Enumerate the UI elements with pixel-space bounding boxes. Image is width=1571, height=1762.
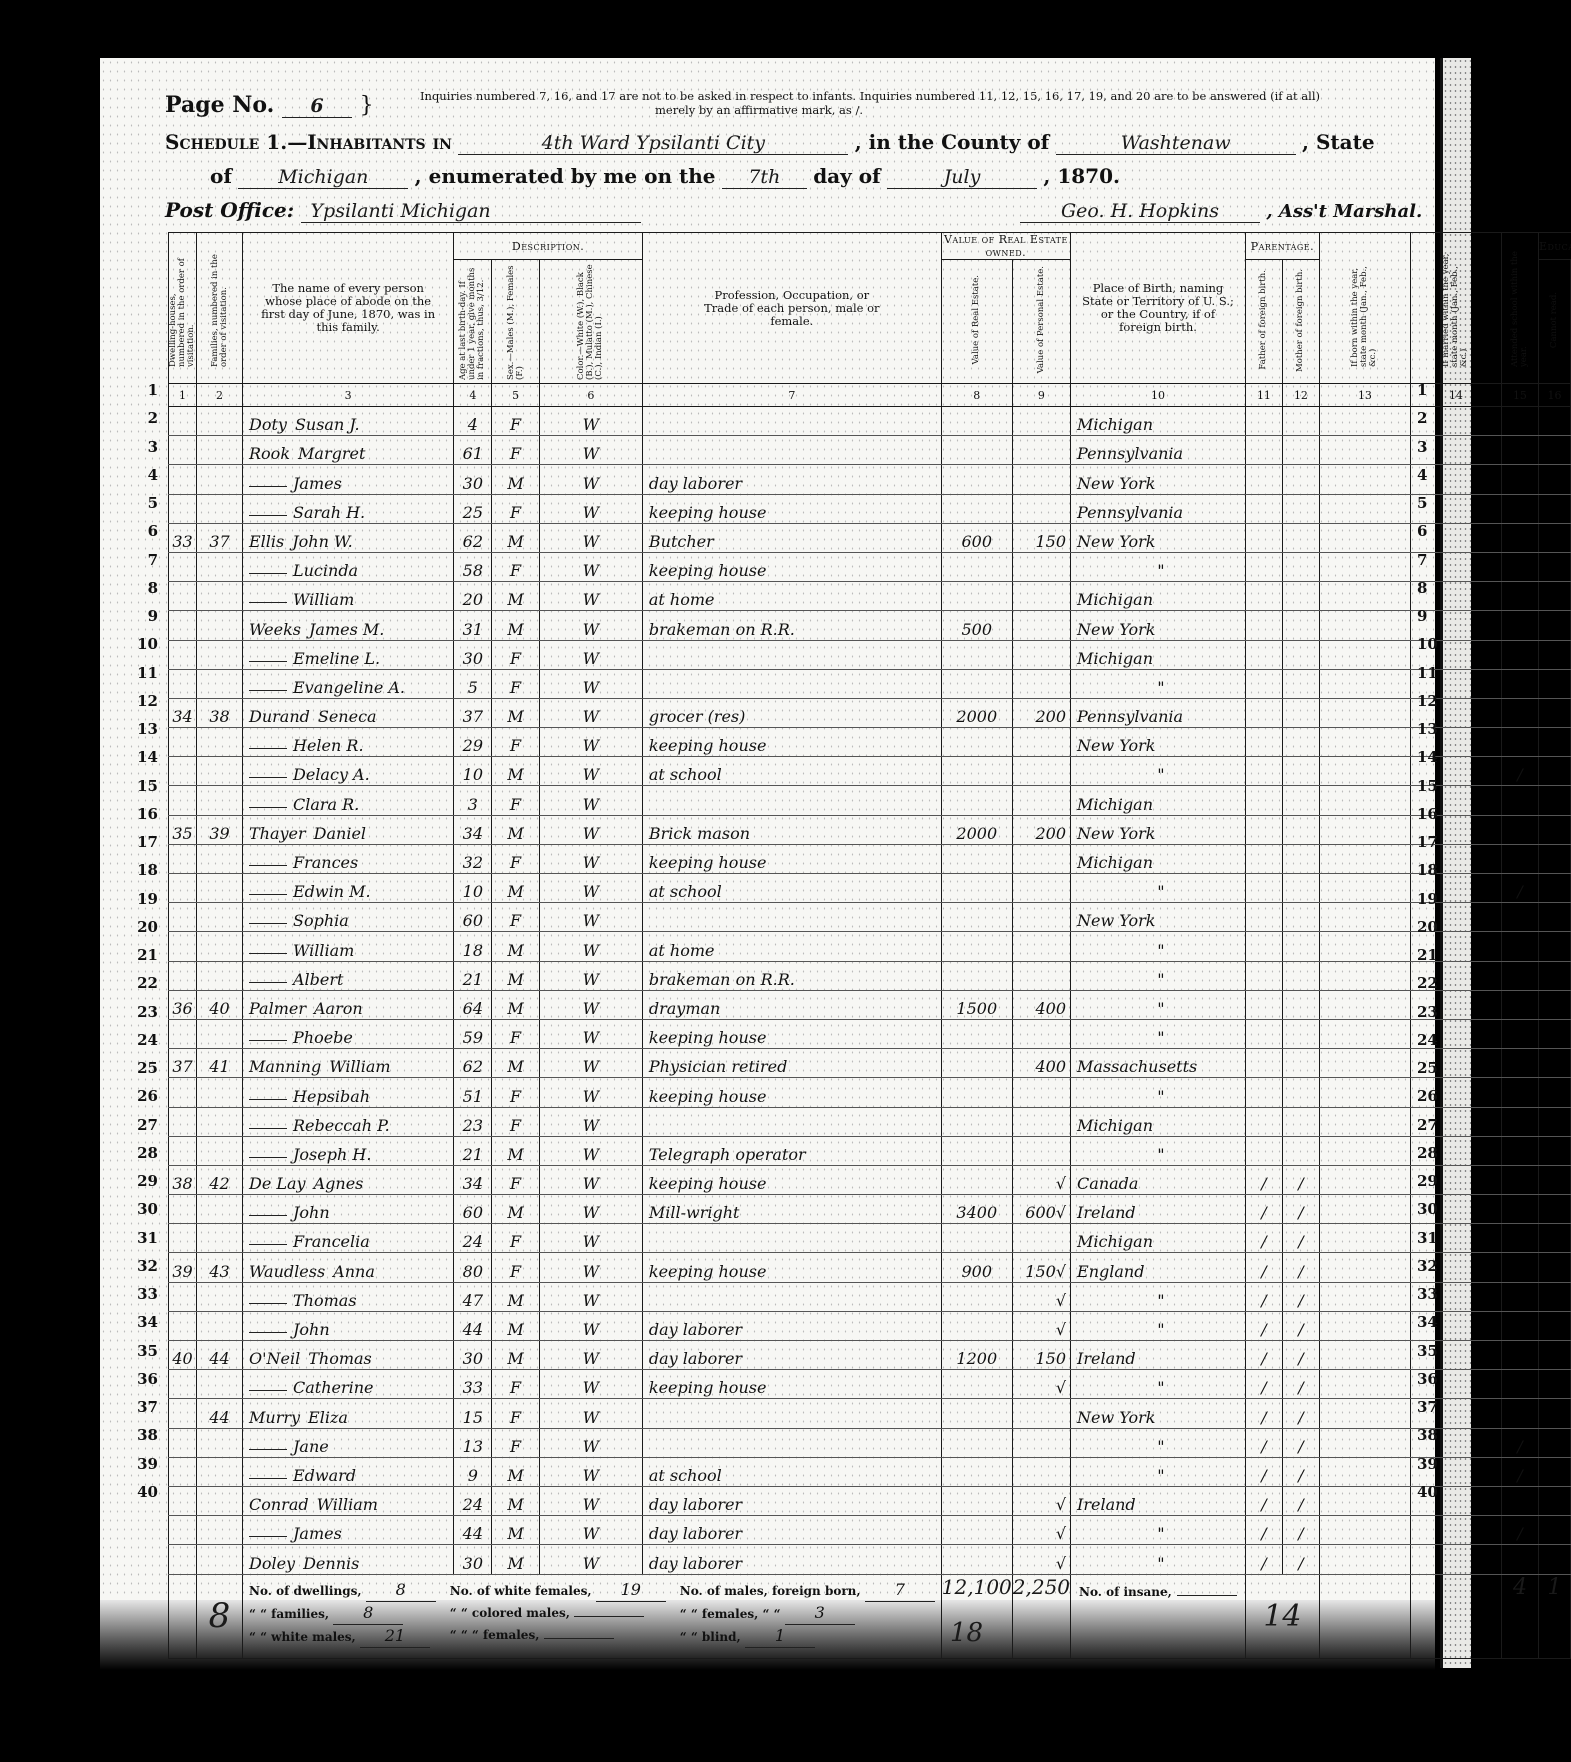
family-number	[197, 1195, 243, 1224]
cannot-read	[1538, 1107, 1570, 1136]
person-name: John	[243, 1195, 454, 1224]
given-name: Eliza	[308, 1408, 348, 1427]
age: 10	[454, 874, 492, 903]
family-number	[197, 1545, 243, 1574]
real-estate-value	[941, 757, 1012, 786]
ditto-dash	[249, 1157, 287, 1158]
birthplace: New York	[1071, 1399, 1246, 1428]
colored-females-count	[544, 1638, 614, 1639]
born-month	[1319, 1195, 1410, 1224]
age: 5	[454, 669, 492, 698]
left-line-number: 26	[120, 1087, 158, 1105]
born-month	[1319, 494, 1410, 523]
given-name: Hepsibah	[293, 1087, 370, 1106]
dwelling-number	[169, 669, 197, 698]
cannot-read	[1538, 1165, 1570, 1194]
birthplace: New York	[1071, 728, 1246, 757]
person-name: DoleyDennis	[243, 1545, 454, 1574]
white-males-label: “ “ white males,	[249, 1630, 356, 1644]
sex: F	[492, 1224, 539, 1253]
real-estate-value	[941, 465, 1012, 494]
right-line-number: 8	[1417, 579, 1447, 597]
color: W	[539, 1195, 642, 1224]
dwelling-number: 36	[169, 990, 197, 1019]
person-name: John	[243, 1311, 454, 1340]
foreign-females-count: 3	[785, 1602, 855, 1625]
sex: M	[492, 698, 539, 727]
left-line-number: 25	[120, 1059, 158, 1077]
ditto-dash	[249, 515, 287, 516]
born-month	[1319, 1049, 1410, 1078]
cannot-read	[1538, 1370, 1570, 1399]
occupation: brakeman on R.R.	[642, 961, 941, 990]
colored-females-label: “ “ “ females,	[450, 1628, 540, 1642]
cannot-read	[1538, 1049, 1570, 1078]
summary-col-dwellings: No. of dwellings, 8 “ “ families, 8 “ “ …	[249, 1579, 436, 1648]
right-line-number: 19	[1417, 890, 1447, 908]
cannot-read	[1538, 844, 1570, 873]
census-row: 3741ManningWilliam62MWPhysician retired4…	[169, 1049, 1571, 1078]
dwelling-number	[169, 903, 197, 932]
ditto-dash	[249, 748, 287, 749]
age: 29	[454, 728, 492, 757]
dwelling-number	[169, 407, 197, 436]
person-name: Francelia	[243, 1224, 454, 1253]
born-month	[1319, 465, 1410, 494]
ditto-dash	[249, 1244, 287, 1245]
personal-estate-value: 150	[1012, 523, 1070, 552]
family-number	[197, 1107, 243, 1136]
ditto-dash	[249, 807, 287, 808]
personal-estate-value: 150√	[1012, 1253, 1070, 1282]
family-number	[197, 1457, 243, 1486]
census-row: 3438DurandSeneca37MWgrocer (res)2000200P…	[169, 698, 1571, 727]
color: W	[539, 436, 642, 465]
born-month	[1319, 728, 1410, 757]
dwelling-number	[169, 1399, 197, 1428]
attended-school	[1501, 1486, 1538, 1515]
born-month	[1319, 1486, 1410, 1515]
mother-foreign	[1282, 611, 1319, 640]
person-name: Emeline L.	[243, 640, 454, 669]
left-line-number: 30	[120, 1200, 158, 1218]
occupation	[642, 669, 941, 698]
birthplace: Ireland	[1071, 1195, 1246, 1224]
census-row: Delacy A.10MWat school"/	[169, 757, 1571, 786]
father-foreign	[1245, 815, 1282, 844]
dwelling-number	[169, 1282, 197, 1311]
ditto-dash	[249, 777, 287, 778]
birthplace: "	[1071, 669, 1246, 698]
color: W	[539, 582, 642, 611]
father-foreign	[1245, 990, 1282, 1019]
cannot-read	[1538, 640, 1570, 669]
occupation: Physician retired	[642, 1049, 941, 1078]
column-number: 11	[1245, 384, 1282, 407]
born-month	[1319, 1370, 1410, 1399]
marshal-label: , Ass't Marshal.	[1266, 201, 1422, 222]
census-row: Joseph H.21MWTelegraph operator"/	[169, 1136, 1571, 1165]
person-name: PalmerAaron	[243, 990, 454, 1019]
person-name: Joseph H.	[243, 1136, 454, 1165]
dwelling-number	[169, 932, 197, 961]
left-line-number: 4	[120, 466, 158, 484]
born-month	[1319, 1019, 1410, 1048]
right-line-number: 18	[1417, 861, 1447, 879]
county-label: , in the County of	[855, 130, 1050, 154]
cannot-read	[1538, 815, 1570, 844]
left-line-number: 37	[120, 1398, 158, 1416]
given-name: James	[293, 1524, 342, 1543]
father-foreign: /	[1245, 1165, 1282, 1194]
occupation	[642, 407, 941, 436]
census-row: Francelia24FWMichigan//	[169, 1224, 1571, 1253]
left-line-number: 18	[120, 861, 158, 879]
age: 30	[454, 640, 492, 669]
left-line-number: 24	[120, 1031, 158, 1049]
father-foreign: /	[1245, 1399, 1282, 1428]
color: W	[539, 1282, 642, 1311]
given-name: Evangeline A.	[293, 678, 405, 697]
real-estate-value: 1500	[941, 990, 1012, 1019]
occupation: keeping house	[642, 1019, 941, 1048]
age: 4	[454, 407, 492, 436]
age: 60	[454, 1195, 492, 1224]
age: 10	[454, 757, 492, 786]
family-number	[197, 611, 243, 640]
census-row: Albert21MWbrakeman on R.R."/	[169, 961, 1571, 990]
person-name: Clara R.	[243, 786, 454, 815]
attended-school	[1501, 1341, 1538, 1370]
census-row: Edward9MWat school"///	[169, 1457, 1571, 1486]
given-name: William	[293, 590, 354, 609]
father-foreign	[1245, 757, 1282, 786]
given-name: Delacy A.	[293, 765, 370, 784]
dwelling-number: 37	[169, 1049, 197, 1078]
place-field: 4th Ward Ypsilanti City	[458, 132, 848, 155]
census-row: 4044O'NeilThomas30MWday laborer1200150Ir…	[169, 1341, 1571, 1370]
father-foreign: /	[1245, 1370, 1282, 1399]
father-foreign	[1245, 874, 1282, 903]
attended-school	[1501, 1049, 1538, 1078]
right-line-number: 24	[1417, 1031, 1447, 1049]
day-field: 7th	[722, 166, 807, 189]
personal-estate-value	[1012, 1136, 1070, 1165]
attended-school	[1501, 436, 1538, 465]
ditto-dash	[249, 982, 287, 983]
dwelling-number	[169, 1516, 197, 1545]
dwelling-number: 34	[169, 698, 197, 727]
given-name: John	[293, 1203, 330, 1222]
real-estate-value	[941, 932, 1012, 961]
mother-foreign: /	[1282, 1486, 1319, 1515]
father-foreign	[1245, 1078, 1282, 1107]
dwellings-label: No. of dwellings,	[249, 1584, 362, 1598]
census-row: Sophia60FWNew York	[169, 903, 1571, 932]
family-number: 41	[197, 1049, 243, 1078]
left-line-number: 10	[120, 635, 158, 653]
families-label: “ “ families,	[249, 1607, 329, 1621]
right-line-number: 38	[1417, 1426, 1447, 1444]
occupation: Mill-wright	[642, 1195, 941, 1224]
given-name: James M.	[309, 620, 384, 639]
sex: F	[492, 1428, 539, 1457]
attended-school	[1501, 1165, 1538, 1194]
person-name: Delacy A.	[243, 757, 454, 786]
born-month	[1319, 903, 1410, 932]
ditto-dash	[249, 661, 287, 662]
person-name: Sophia	[243, 903, 454, 932]
personal-estate-value	[1012, 932, 1070, 961]
family-number	[197, 757, 243, 786]
given-name: Dennis	[303, 1554, 359, 1573]
right-line-number: 1	[1417, 381, 1447, 399]
birthplace: "	[1071, 1078, 1246, 1107]
mother-foreign	[1282, 582, 1319, 611]
right-line-number: 2	[1417, 409, 1447, 427]
family-number: 37	[197, 523, 243, 552]
mother-foreign	[1282, 640, 1319, 669]
ditto-dash	[249, 486, 287, 487]
father-foreign	[1245, 961, 1282, 990]
right-line-number: 3	[1417, 438, 1447, 456]
occupation: keeping house	[642, 494, 941, 523]
birthplace: Pennsylvania	[1071, 494, 1246, 523]
occupation: at school	[642, 1457, 941, 1486]
attended-school	[1501, 1136, 1538, 1165]
personal-estate-value	[1012, 494, 1070, 523]
father-foreign	[1245, 552, 1282, 581]
occupation	[642, 1428, 941, 1457]
left-line-number: 36	[120, 1370, 158, 1388]
white-males-count: 21	[360, 1625, 430, 1648]
mother-foreign	[1282, 815, 1319, 844]
birthplace: New York	[1071, 465, 1246, 494]
real-estate-value	[941, 1224, 1012, 1253]
person-name: Edwin M.	[243, 874, 454, 903]
foreign-females-label: “ “ females, “ “	[680, 1607, 781, 1621]
color: W	[539, 1078, 642, 1107]
column-number: 9	[1012, 384, 1070, 407]
right-line-number: 29	[1417, 1172, 1447, 1190]
state-field: Michigan	[238, 166, 408, 189]
color: W	[539, 1399, 642, 1428]
age: 32	[454, 844, 492, 873]
father-foreign	[1245, 698, 1282, 727]
real-estate-value	[941, 1165, 1012, 1194]
sex: F	[492, 1107, 539, 1136]
attended-school	[1501, 1019, 1538, 1048]
personal-estate-value: √	[1012, 1370, 1070, 1399]
person-name: Frances	[243, 844, 454, 873]
left-line-number: 9	[120, 607, 158, 625]
attended-school	[1501, 494, 1538, 523]
father-foreign	[1245, 1049, 1282, 1078]
ditto-dash	[249, 1040, 287, 1041]
mother-foreign	[1282, 932, 1319, 961]
sex: F	[492, 494, 539, 523]
sex: F	[492, 1078, 539, 1107]
insane-label: No. of insane,	[1079, 1585, 1172, 1599]
column-number: 12	[1282, 384, 1319, 407]
father-foreign	[1245, 1136, 1282, 1165]
birthplace: "	[1071, 1282, 1246, 1311]
personal-estate-value: √	[1012, 1282, 1070, 1311]
dwelling-number	[169, 494, 197, 523]
occupation	[642, 1224, 941, 1253]
occupation	[642, 786, 941, 815]
column-number: 6	[539, 384, 642, 407]
given-name: Anna	[333, 1262, 375, 1281]
birthplace: New York	[1071, 903, 1246, 932]
right-line-number: 27	[1417, 1116, 1447, 1134]
color: W	[539, 407, 642, 436]
year-label: , 1870.	[1043, 164, 1120, 188]
summary-counts: No. of dwellings, 8 “ “ families, 8 “ “ …	[243, 1574, 942, 1658]
cannot-read	[1538, 903, 1570, 932]
mother-foreign: /	[1282, 1253, 1319, 1282]
real-estate-value: 2000	[941, 815, 1012, 844]
given-name: Francelia	[293, 1232, 370, 1251]
left-line-number: 39	[120, 1455, 158, 1473]
mother-foreign	[1282, 1107, 1319, 1136]
birthplace: New York	[1071, 523, 1246, 552]
personal-estate-value: √	[1012, 1545, 1070, 1574]
color: W	[539, 961, 642, 990]
family-number	[197, 436, 243, 465]
person-name: O'NeilThomas	[243, 1341, 454, 1370]
age: 13	[454, 1428, 492, 1457]
cannot-read	[1538, 582, 1570, 611]
dwelling-number	[169, 1195, 197, 1224]
father-foreign	[1245, 1019, 1282, 1048]
ditto-dash	[249, 953, 287, 954]
mother-foreign	[1282, 728, 1319, 757]
family-number	[197, 494, 243, 523]
age: 34	[454, 1165, 492, 1194]
born-month	[1319, 523, 1410, 552]
father-foreign: /	[1245, 1545, 1282, 1574]
birthplace: Michigan	[1071, 1224, 1246, 1253]
schedule-line: Schedule 1.—Inhabitants in 4th Ward Ypsi…	[165, 130, 1375, 155]
sex: F	[492, 436, 539, 465]
born-month	[1319, 1136, 1410, 1165]
colored-males-count	[574, 1616, 644, 1617]
surname: Palmer	[249, 999, 306, 1018]
real-estate-value	[941, 1049, 1012, 1078]
person-name: Catherine	[243, 1370, 454, 1399]
of-label: of	[210, 164, 232, 188]
cannot-read	[1538, 1341, 1570, 1370]
real-estate-value	[941, 669, 1012, 698]
foreign-males-label: No. of males, foreign born,	[680, 1584, 861, 1598]
left-line-number: 33	[120, 1285, 158, 1303]
color: W	[539, 1370, 642, 1399]
father-foreign	[1245, 523, 1282, 552]
personal-estate-value	[1012, 669, 1070, 698]
census-row: Jane13FW"///	[169, 1428, 1571, 1457]
column-number: 15	[1501, 384, 1538, 407]
left-line-number: 5	[120, 494, 158, 512]
family-number	[197, 1428, 243, 1457]
birthplace: "	[1071, 1457, 1246, 1486]
age: 23	[454, 1107, 492, 1136]
right-line-number: 33	[1417, 1285, 1447, 1303]
birthplace: Michigan	[1071, 640, 1246, 669]
sex: F	[492, 1399, 539, 1428]
attended-school	[1501, 640, 1538, 669]
right-line-number: 40	[1417, 1483, 1447, 1501]
father-foreign	[1245, 407, 1282, 436]
real-estate-value	[941, 582, 1012, 611]
cannot-read	[1538, 786, 1570, 815]
color: W	[539, 1311, 642, 1340]
surname: Murry	[249, 1408, 300, 1427]
age: 62	[454, 1049, 492, 1078]
color: W	[539, 698, 642, 727]
occupation: Butcher	[642, 523, 941, 552]
real-estate-value	[941, 1370, 1012, 1399]
father-foreign	[1245, 786, 1282, 815]
father-foreign	[1245, 640, 1282, 669]
header-education-group: Education.	[1538, 233, 1571, 260]
color: W	[539, 523, 642, 552]
color: W	[539, 640, 642, 669]
person-name: MurryEliza	[243, 1399, 454, 1428]
father-foreign	[1245, 582, 1282, 611]
dwelling-number	[169, 786, 197, 815]
born-month	[1319, 1399, 1410, 1428]
father-foreign	[1245, 669, 1282, 698]
person-name: Sarah H.	[243, 494, 454, 523]
attended-school	[1501, 786, 1538, 815]
attended-school	[1501, 1282, 1538, 1311]
dwelling-number	[169, 611, 197, 640]
right-line-number: 23	[1417, 1003, 1447, 1021]
born-month	[1319, 786, 1410, 815]
sex: M	[492, 523, 539, 552]
occupation: keeping house	[642, 1253, 941, 1282]
real-estate-value	[941, 1516, 1012, 1545]
born-month	[1319, 1253, 1410, 1282]
mother-foreign	[1282, 1049, 1319, 1078]
right-line-number: 37	[1417, 1398, 1447, 1416]
given-name: Aaron	[314, 999, 363, 1018]
cannot-read	[1538, 1078, 1570, 1107]
family-number	[197, 1078, 243, 1107]
occupation: at home	[642, 582, 941, 611]
column-number-row: 1234567891011121314151617181920	[169, 384, 1571, 407]
given-name: William	[329, 1057, 390, 1076]
married-month	[1410, 1516, 1501, 1545]
occupation: keeping house	[642, 552, 941, 581]
cannot-read	[1538, 961, 1570, 990]
right-line-number: 36	[1417, 1370, 1447, 1388]
day-of-label: day of	[813, 164, 880, 188]
family-number	[197, 1311, 243, 1340]
color: W	[539, 1457, 642, 1486]
left-line-number: 1	[120, 381, 158, 399]
mother-foreign: /	[1282, 1545, 1319, 1574]
real-estate-value	[941, 1457, 1012, 1486]
birthplace: Michigan	[1071, 786, 1246, 815]
color: W	[539, 728, 642, 757]
census-row: Frances32FWkeeping houseMichigan	[169, 844, 1571, 873]
left-line-number: 20	[120, 918, 158, 936]
family-number	[197, 407, 243, 436]
person-name: William	[243, 582, 454, 611]
cannot-read	[1538, 1195, 1570, 1224]
